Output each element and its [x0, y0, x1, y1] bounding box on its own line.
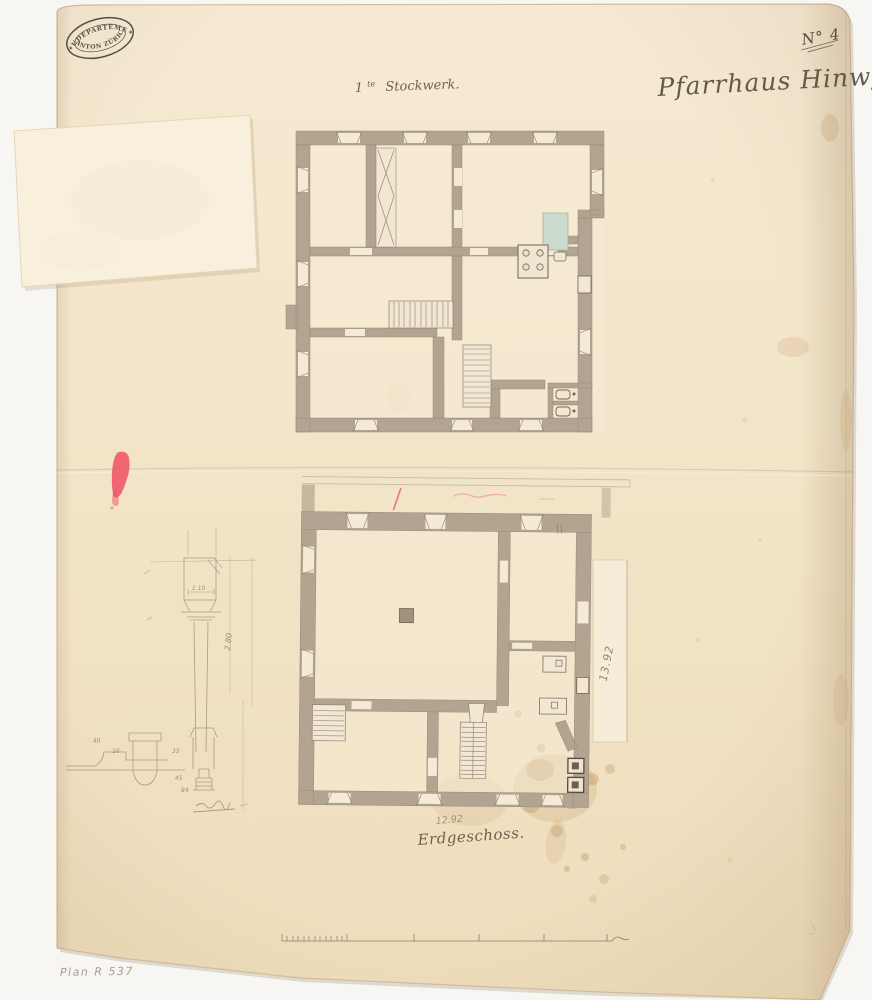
stove-burner [523, 264, 529, 270]
smudge-dot [111, 507, 114, 510]
stain-dot [581, 853, 589, 861]
upper-floor-plan [286, 131, 604, 432]
dim-35: 35 [172, 748, 180, 755]
upper-staircase-center [463, 345, 491, 407]
stove-burner [537, 250, 543, 256]
stain [777, 337, 809, 357]
hall-pillar [399, 609, 413, 623]
stove [518, 245, 548, 278]
plan-drawing: BAUDEPARTEMENT CANTON ZÜRICH ✶ ✶ N° 4 Pf… [0, 0, 872, 1000]
garden-wall-right-connector [601, 488, 610, 518]
oven-box [543, 656, 566, 672]
dim-40: 40 [92, 737, 101, 745]
archive-note: Plan R 537 [60, 965, 134, 979]
dim-45: 45 [175, 775, 183, 782]
pasted-paper [14, 115, 260, 291]
stain [840, 390, 852, 450]
foxing-dot [758, 538, 762, 542]
dim-280: 2.80 [223, 632, 234, 651]
toilet-bowl [556, 390, 570, 399]
shaft-core [572, 781, 579, 788]
stair-landing [468, 703, 484, 722]
ladder-shaft [376, 148, 396, 247]
garden-wall-left-connector [302, 484, 315, 511]
stain-dot [605, 764, 615, 774]
wall-window-box [578, 276, 591, 293]
wall-window-box [577, 677, 589, 693]
pasted-paper-mottle [40, 230, 120, 270]
stove-burner [523, 250, 529, 256]
stove-burner [537, 264, 543, 270]
stain [833, 674, 849, 726]
oven-box [539, 698, 566, 714]
upper-staircase-west [389, 301, 453, 328]
pasted-paper-mottle [70, 160, 210, 240]
toilet-bowl [556, 407, 570, 416]
toilet-drain [573, 393, 576, 396]
kitchen-sink [543, 213, 568, 250]
measure-strip: 13.92 [593, 560, 627, 742]
stain-dot [599, 874, 609, 884]
shaft-core [572, 762, 579, 769]
kitchen-table [554, 252, 566, 261]
foxing-dot [696, 638, 700, 642]
stain [821, 114, 839, 142]
shaft-outline [376, 148, 396, 247]
ground-staircase-west [312, 705, 345, 741]
dim-110: 1.10 [192, 585, 206, 592]
foxing-dot [711, 178, 715, 182]
foxing-dot [728, 858, 733, 863]
upper-floor-label-num: 1 [355, 81, 364, 96]
stain-dot [620, 844, 626, 850]
upper-floor-label-rest: Stockwerk. [385, 77, 460, 95]
upper-floor-label-sup: te [367, 79, 376, 88]
stain-dot [564, 866, 570, 872]
dim-16: 16 [112, 748, 120, 755]
ground-floor-plan [298, 476, 629, 807]
stain-dot [589, 895, 597, 903]
scanned-plan-page: BAUDEPARTEMENT CANTON ZÜRICH ✶ ✶ N° 4 Pf… [0, 0, 872, 1000]
toilet-drain [573, 410, 576, 413]
foxing-dot [743, 418, 748, 423]
dim-84: 84 [181, 787, 189, 794]
